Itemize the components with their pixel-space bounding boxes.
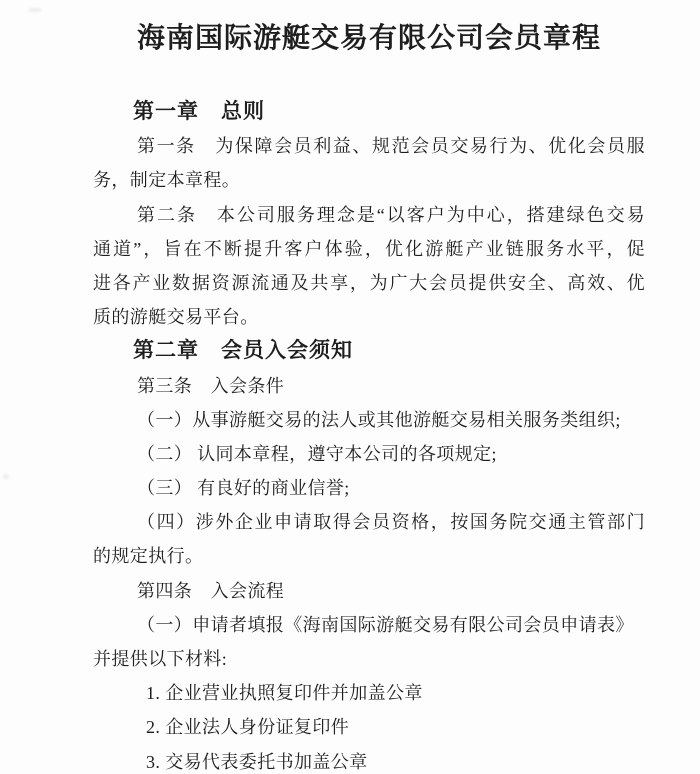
doc-line: 的规定执行。 xyxy=(93,539,645,573)
doc-list-item: 3. 交易代表委托书加盖公章 xyxy=(93,745,645,774)
scan-artifact xyxy=(3,474,9,479)
doc-line: 第一条 为保障会员利益、规范会员交易行为、优化会员服 xyxy=(93,129,645,163)
doc-line: 并提供以下材料: xyxy=(93,642,645,676)
scan-artifact xyxy=(28,8,42,12)
document-body: 第一章 总则 第一条 为保障会员利益、规范会员交易行为、优化会员服 务，制定本章… xyxy=(93,95,645,774)
doc-line: （二） 认同本章程，遵守本公司的各项规定; xyxy=(93,437,645,471)
doc-line: 通道”，旨在不断提升客户体验，优化游艇产业链服务水平，促 xyxy=(93,232,645,266)
doc-line: （三） 有良好的商业信誉; xyxy=(93,471,645,505)
doc-line: （一）从事游艇交易的法人或其他游艇交易相关服务类组织; xyxy=(93,403,645,437)
doc-line: 第三条 入会条件 xyxy=(93,369,645,403)
chapter-1-heading: 第一章 总则 xyxy=(93,95,645,129)
doc-line: （四）涉外企业申请取得会员资格，按国务院交通主管部门 xyxy=(93,505,645,539)
doc-line: 第二条 本公司服务理念是“以客户为中心，搭建绿色交易 xyxy=(93,198,645,232)
scanned-document-page: 海南国际游艇交易有限公司会员章程 第一章 总则 第一条 为保障会员利益、规范会员… xyxy=(0,0,700,774)
doc-list-item: 1. 企业营业执照复印件并加盖公章 xyxy=(93,676,645,710)
doc-line: 务，制定本章程。 xyxy=(93,163,645,197)
doc-line: （一）申请者填报《海南国际游艇交易有限公司会员申请表》 xyxy=(93,608,645,642)
doc-line: 进各产业数据资源流通及共享，为广大会员提供安全、高效、优 xyxy=(93,266,645,300)
chapter-2-heading: 第二章 会员入会须知 xyxy=(93,334,645,368)
doc-line: 第四条 入会流程 xyxy=(93,574,645,608)
doc-line: 质的游艇交易平台。 xyxy=(93,300,645,334)
document-title: 海南国际游艇交易有限公司会员章程 xyxy=(93,20,645,58)
doc-list-item: 2. 企业法人身份证复印件 xyxy=(93,710,645,744)
